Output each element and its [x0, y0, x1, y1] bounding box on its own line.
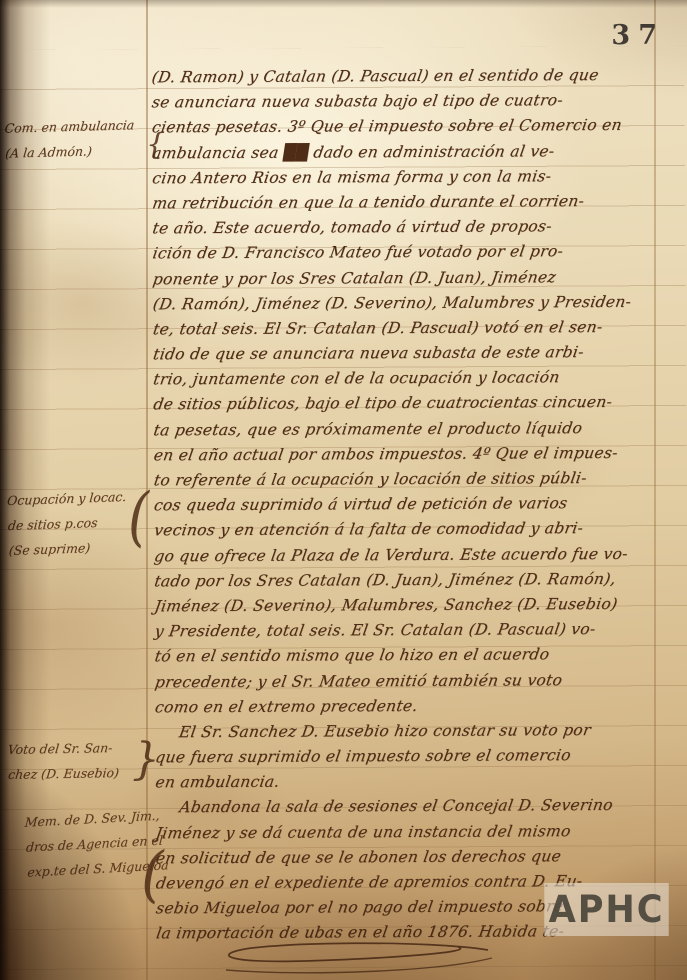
manuscript-line: te, total seis. El Sr. Catalan (D. Pascu… — [151, 315, 671, 343]
manuscript-line: de sitios públicos, bajo el tipo de cuat… — [151, 390, 671, 418]
manuscript-line-text: Abandona la sala de sesiones el Concejal… — [154, 793, 615, 821]
manuscript-line: trio, juntamente con el de la ocupación … — [151, 365, 671, 393]
manuscript-line-text: como en el extremo precedente. — [153, 694, 419, 721]
manuscript-line-text: en solicitud de que se le abonen los der… — [154, 844, 563, 871]
manuscript-line-text: sebio Migueloa por el no pago del impues… — [154, 894, 565, 921]
manuscript-line-text: El Sr. Sanchez D. Eusebio hizo constar s… — [153, 718, 592, 746]
manuscript-line: ición de D. Francisco Mateo fué votado p… — [151, 239, 671, 267]
manuscript-line-text: y Presidente, total seis. El Sr. Catalan… — [153, 617, 598, 645]
margin-note-line: Com. en ambulancia — [3, 112, 135, 140]
manuscript-line-text: en el año actual por ambos impuestos. 4º… — [152, 441, 620, 469]
manuscript-line: El Sr. Sanchez D. Eusebio hizo constar s… — [153, 718, 673, 746]
manuscript-line-text: te año. Este acuerdo, tomado á virtud de… — [151, 214, 554, 241]
manuscript-line: ponente y por los Sres Catalan (D. Juan)… — [151, 264, 671, 292]
manuscript-line: Jiménez y se dá cuenta de una instancia … — [154, 818, 674, 846]
manuscript-line: en ambulancia. — [153, 768, 673, 796]
manuscript-line-text: cientas pesetas. 3º Que el impuesto sobr… — [150, 113, 624, 141]
manuscript-line-text: ta pesetas, que es próximamente el produ… — [152, 416, 584, 443]
manuscript-line: ambulancia sea ██ dado en administración… — [150, 138, 670, 166]
body-text: (D. Ramon) y Catalan (D. Pascual) en el … — [150, 63, 675, 947]
manuscript-line: que fuera suprimido el impuesto sobre el… — [153, 743, 673, 771]
margin-note-line: chez (D. Eusebio) — [7, 760, 120, 787]
manuscript-line-text: (D. Ramón), Jiménez (D. Severino), Malum… — [151, 290, 633, 318]
manuscript-line: ma retribución en que la a tenido durant… — [150, 189, 670, 217]
manuscript-line-text: en ambulancia. — [154, 770, 282, 796]
manuscript-line-text: precedente; y el Sr. Mateo emitió tambié… — [153, 668, 564, 695]
manuscript-line-text: ma retribución en que la a tenido durant… — [150, 189, 586, 216]
margin-brace: ( — [128, 485, 149, 550]
manuscript-line: cos queda suprimido á virtud de petición… — [152, 491, 672, 519]
margin-note-occupation: Ocupación y locac. de sitios p.cos (Se s… — [7, 484, 129, 563]
manuscript-line-text: ponente y por los Sres Catalan (D. Juan)… — [151, 265, 558, 292]
manuscript-line-text: se anunciara nueva subasta bajo el tipo … — [150, 88, 565, 115]
manuscript-line: (D. Ramon) y Catalan (D. Pascual) en el … — [150, 63, 670, 91]
manuscript-line: tado por los Sres Catalan (D. Juan), Jim… — [152, 566, 672, 594]
margin-note-line: Voto del Sr. San- — [6, 735, 119, 762]
manuscript-line-text: Jiménez (D. Severino), Malumbres, Sanche… — [153, 592, 620, 620]
manuscript-line: y Presidente, total seis. El Sr. Catalan… — [153, 617, 673, 645]
manuscript-line: tó en el sentido mismo que lo hizo en el… — [153, 642, 673, 670]
manuscript-line-text: trio, juntamente con el de la ocupación … — [151, 365, 561, 392]
aphc-watermark: APHC — [544, 883, 668, 936]
margin-note-vote-sanchez: Voto del Sr. San- chez (D. Eusebio) — [8, 735, 120, 787]
manuscript-line-text: cos queda suprimido á virtud de petición… — [152, 491, 569, 518]
margin-note-commerce: Com. en ambulancia (A la Admón.) — [4, 112, 135, 165]
manuscript-line: se anunciara nueva subasta bajo el tipo … — [150, 88, 670, 116]
page-number: 37 — [611, 20, 665, 51]
manuscript-line: cino Antero Rios en la misma forma y con… — [150, 163, 670, 191]
manuscript-line: en solicitud de que se le abonen los der… — [154, 843, 674, 871]
manuscript-line-text: tó en el sentido mismo que lo hizo en el… — [153, 643, 551, 670]
manuscript-line: Abandona la sala de sesiones el Concejal… — [154, 793, 674, 821]
manuscript-line-text: de sitios públicos, bajo el tipo de cuat… — [152, 390, 615, 418]
manuscript-line: Jiménez (D. Severino), Malumbres, Sanche… — [152, 592, 672, 620]
ink-flourish-icon — [196, 936, 496, 980]
manuscript-line-text: tido de que se anunciara nueva subasta d… — [151, 340, 585, 367]
manuscript-line-text: cino Antero Rios en la misma forma y con… — [150, 164, 553, 191]
manuscript-page: 37 Com. en ambulancia (A la Admón.) Ocup… — [0, 0, 687, 980]
manuscript-line: cientas pesetas. 3º Que el impuesto sobr… — [150, 113, 670, 141]
manuscript-line-text: go que ofrece la Plaza de la Verdura. Es… — [152, 541, 629, 569]
manuscript-line-text: que fuera suprimido el impuesto sobre el… — [153, 743, 572, 770]
manuscript-line-text: te, total seis. El Sr. Catalan (D. Pascu… — [151, 315, 604, 343]
manuscript-line: go que ofrece la Plaza de la Verdura. Es… — [152, 541, 672, 569]
manuscript-line: ta pesetas, que es próximamente el produ… — [152, 415, 672, 443]
manuscript-line-text: Jiménez y se dá cuenta de una instancia … — [154, 819, 573, 846]
manuscript-line-text: (D. Ramon) y Catalan (D. Pascual) en el … — [150, 63, 601, 91]
manuscript-line-text: to referente á la ocupación y locación d… — [152, 466, 589, 493]
manuscript-line: vecinos y en atención á la falta de como… — [152, 516, 672, 544]
manuscript-line: te año. Este acuerdo, tomado á virtud de… — [150, 214, 670, 242]
manuscript-line-text: devengó en el expediente de apremios con… — [154, 869, 584, 896]
manuscript-line-text: ambulancia sea ██ dado en administración… — [150, 139, 556, 166]
manuscript-line: en el año actual por ambos impuestos. 4º… — [152, 440, 672, 468]
margin-note-line: (A la Admón.) — [4, 137, 136, 165]
manuscript-line-text: tado por los Sres Catalan (D. Juan), Jim… — [152, 567, 617, 595]
manuscript-line: como en el extremo precedente. — [153, 692, 673, 720]
manuscript-line: precedente; y el Sr. Mateo emitió tambié… — [153, 667, 673, 695]
margin-note-line: (Se suprime) — [8, 534, 129, 563]
manuscript-line-text: vecinos y en atención á la falta de como… — [152, 516, 585, 543]
manuscript-line-text: ición de D. Francisco Mateo fué votado p… — [151, 240, 565, 267]
manuscript-line: to referente á la ocupación y locación d… — [152, 466, 672, 494]
manuscript-line: (D. Ramón), Jiménez (D. Severino), Malum… — [151, 289, 671, 317]
manuscript-line: tido de que se anunciara nueva subasta d… — [151, 340, 671, 368]
